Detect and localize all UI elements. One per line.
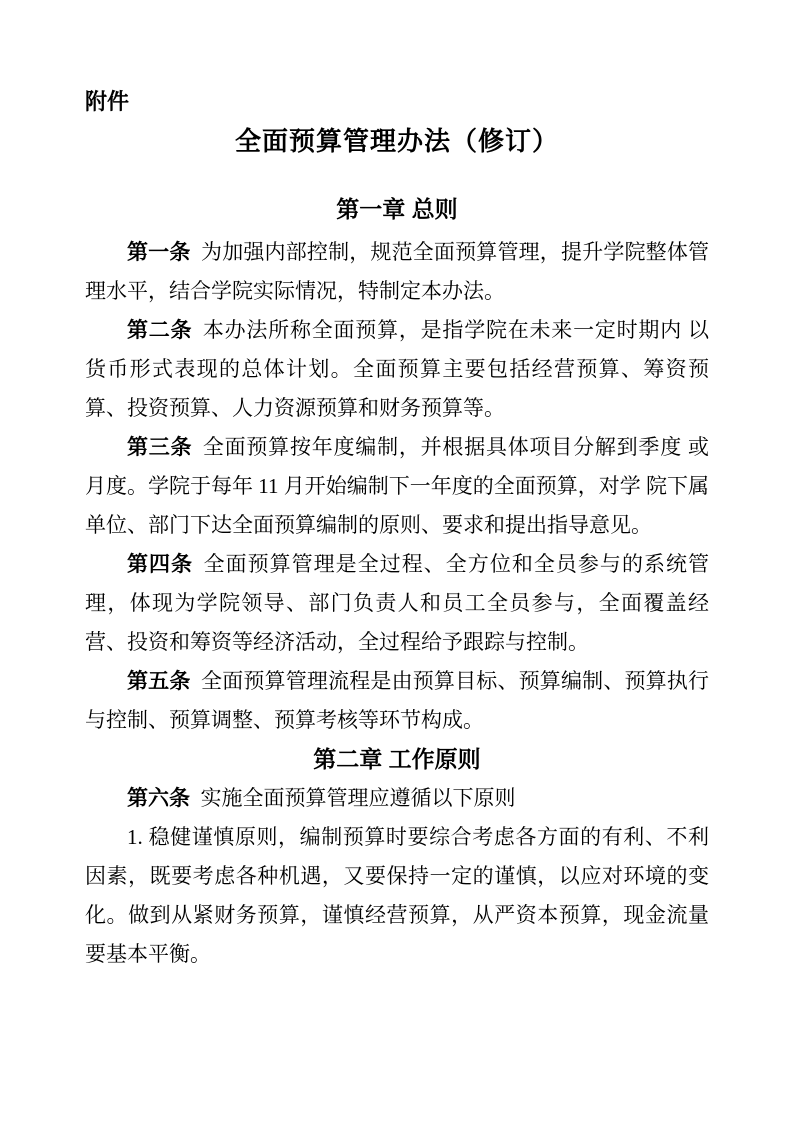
article-3-paragraph: 第三条全面预算按年度编制，并根据具体项目分解到季度 或月度。学院于每年 11 月… bbox=[85, 428, 709, 545]
article-6-paragraph: 第六条实施全面预算管理应遵循以下原则 bbox=[85, 779, 709, 818]
chapter-1-heading: 第一章 总则 bbox=[85, 190, 709, 229]
article-5-paragraph: 第五条全面预算管理流程是由预算目标、预算编制、预算执行与控制、预算调整、预算考核… bbox=[85, 662, 709, 740]
document-page: 附件 全面预算管理办法（修订） 第一章 总则 第一条为加强内部控制，规范全面预算… bbox=[0, 0, 793, 1122]
article-2-label: 第二条 bbox=[127, 318, 192, 342]
article-6-text: 实施全面预算管理应遵循以下原则 bbox=[201, 786, 516, 810]
numbered-item-1-text: 1. 稳健谨慎原则，编制预算时要综合考虑各方面的有利、不利因素，既要考虑各种机遇… bbox=[85, 825, 709, 966]
article-6-label: 第六条 bbox=[127, 786, 190, 810]
article-4-paragraph: 第四条全面预算管理是全过程、全方位和全员参与的系统管理，体现为学院领导、部门负责… bbox=[85, 545, 709, 662]
article-1-paragraph: 第一条为加强内部控制，规范全面预算管理，提升学院整体管理水平，结合学院实际情况，… bbox=[85, 233, 709, 311]
article-3-label: 第三条 bbox=[127, 435, 192, 459]
article-2-paragraph: 第二条本办法所称全面预算，是指学院在未来一定时期内 以货币形式表现的总体计划。全… bbox=[85, 311, 709, 428]
numbered-item-1-paragraph: 1. 稳健谨慎原则，编制预算时要综合考虑各方面的有利、不利因素，既要考虑各种机遇… bbox=[85, 818, 709, 974]
article-1-label: 第一条 bbox=[127, 240, 191, 264]
article-5-label: 第五条 bbox=[127, 669, 191, 693]
attachment-label: 附件 bbox=[85, 88, 709, 116]
article-4-label: 第四条 bbox=[127, 552, 193, 576]
chapter-2-heading: 第二章 工作原则 bbox=[85, 740, 709, 779]
document-title: 全面预算管理办法（修订） bbox=[85, 124, 709, 160]
